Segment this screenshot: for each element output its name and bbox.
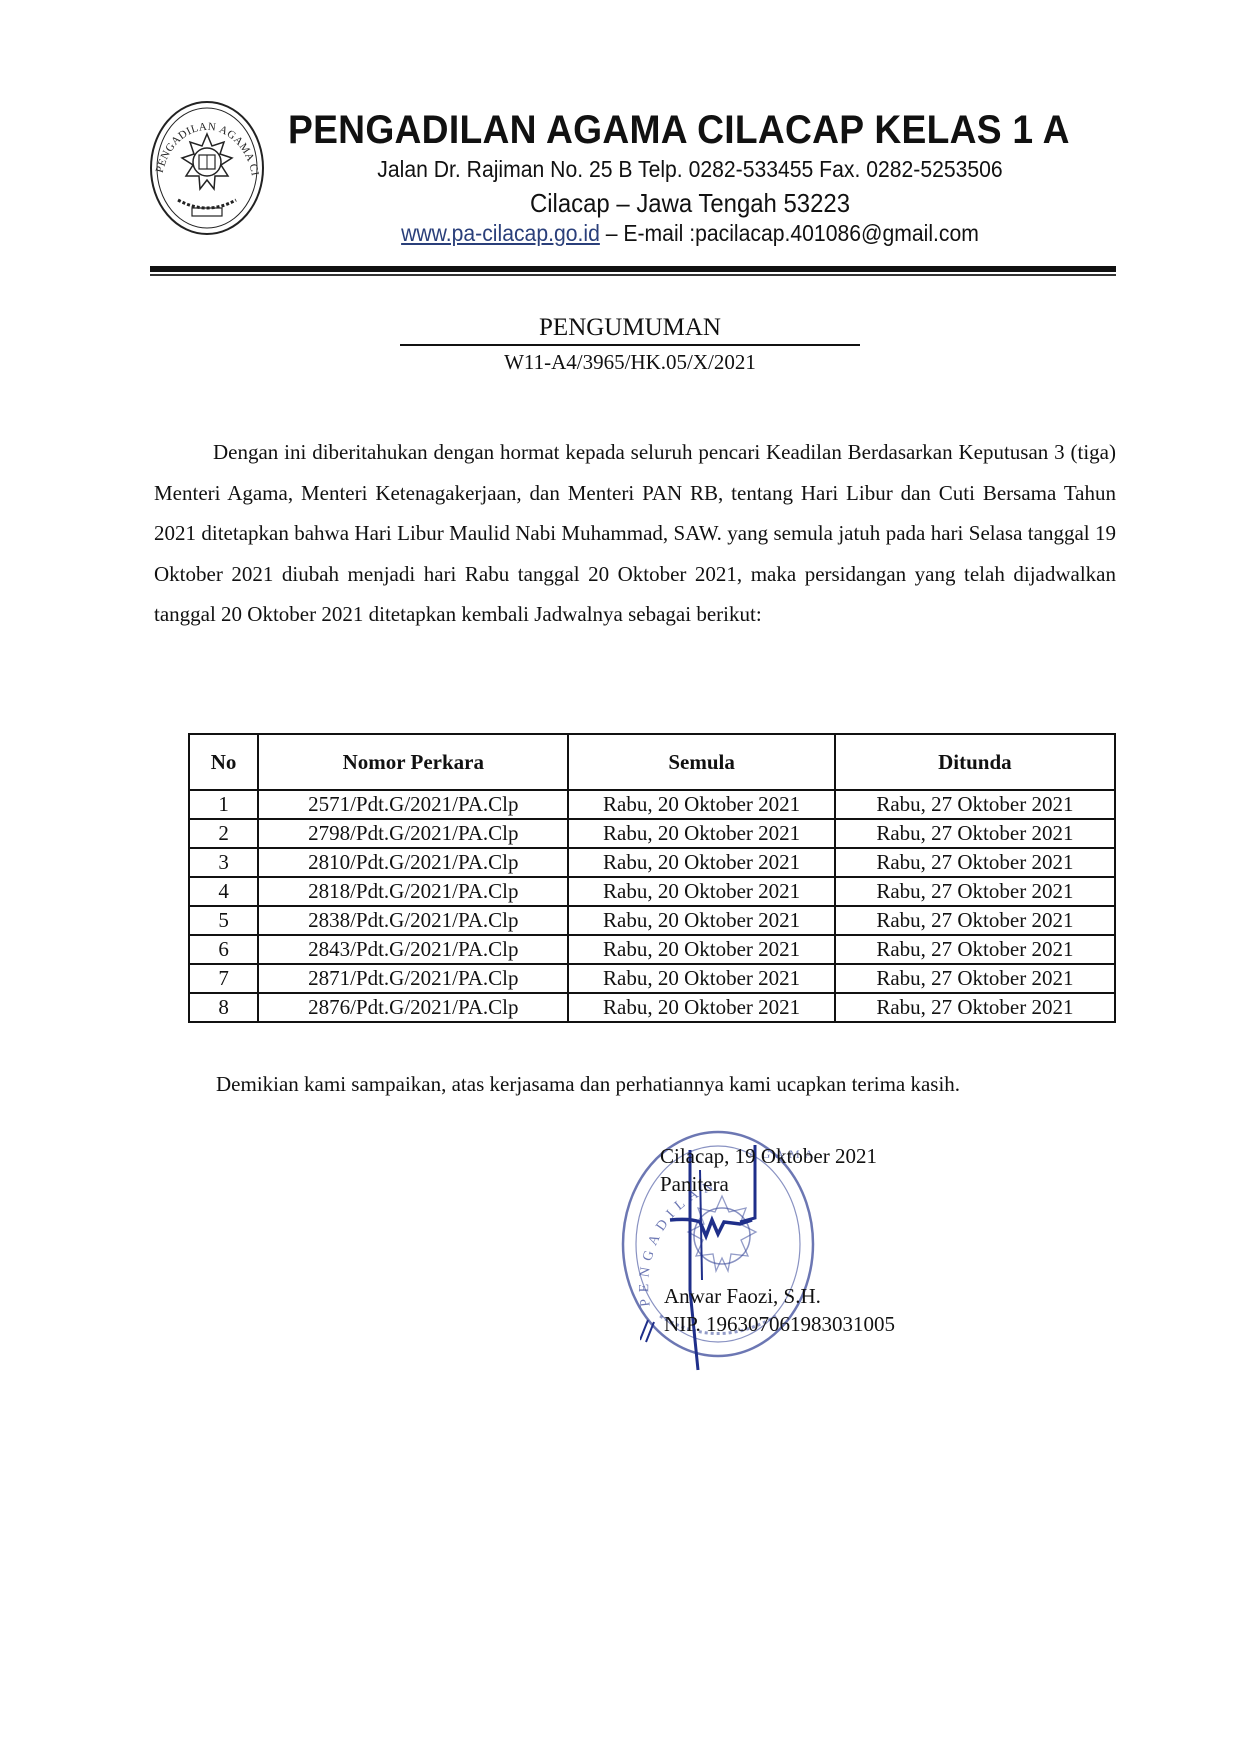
table-header-row: No Nomor Perkara Semula Ditunda: [189, 734, 1115, 790]
cell-case-number: 2876/Pdt.G/2021/PA.Clp: [258, 993, 568, 1022]
cell-original-date: Rabu, 20 Oktober 2021: [568, 790, 834, 819]
cell-no: 3: [189, 848, 258, 877]
cell-case-number: 2818/Pdt.G/2021/PA.Clp: [258, 877, 568, 906]
signatory-position: Panitera: [660, 1172, 729, 1197]
cell-case-number: 2838/Pdt.G/2021/PA.Clp: [258, 906, 568, 935]
city-line: Cilacap – Jawa Tengah 53223: [368, 188, 1012, 219]
cell-postponed-date: Rabu, 27 Oktober 2021: [835, 964, 1115, 993]
cell-no: 4: [189, 877, 258, 906]
signature-place-date: Cilacap, 19 Oktober 2021: [660, 1144, 877, 1169]
table-body: 12571/Pdt.G/2021/PA.ClpRabu, 20 Oktober …: [189, 790, 1115, 1022]
website-link[interactable]: www.pa-cilacap.go.id: [401, 220, 600, 246]
cell-no: 1: [189, 790, 258, 819]
announcement-body: Dengan ini diberitahukan dengan hormat k…: [154, 432, 1116, 635]
header-postponed-date: Ditunda: [835, 734, 1115, 790]
cell-no: 6: [189, 935, 258, 964]
table-row: 62843/Pdt.G/2021/PA.ClpRabu, 20 Oktober …: [189, 935, 1115, 964]
cell-original-date: Rabu, 20 Oktober 2021: [568, 877, 834, 906]
letterhead-divider-thin: [150, 274, 1116, 276]
contact-line: www.pa-cilacap.go.id – E-mail :pacilacap…: [368, 220, 1012, 247]
header-no: No: [189, 734, 258, 790]
cell-postponed-date: Rabu, 27 Oktober 2021: [835, 906, 1115, 935]
cell-original-date: Rabu, 20 Oktober 2021: [568, 964, 834, 993]
court-emblem-icon: PENGADILAN AGAMA CILACAP: [148, 96, 266, 236]
cell-case-number: 2798/Pdt.G/2021/PA.Clp: [258, 819, 568, 848]
cell-case-number: 2571/Pdt.G/2021/PA.Clp: [258, 790, 568, 819]
reference-number: W11-A4/3965/HK.05/X/2021: [400, 350, 860, 375]
cell-postponed-date: Rabu, 27 Oktober 2021: [835, 848, 1115, 877]
title-underline: [400, 344, 860, 346]
cell-postponed-date: Rabu, 27 Oktober 2021: [835, 993, 1115, 1022]
email-label: – E-mail :: [600, 220, 695, 246]
table-row: 82876/Pdt.G/2021/PA.ClpRabu, 20 Oktober …: [189, 993, 1115, 1022]
cell-original-date: Rabu, 20 Oktober 2021: [568, 906, 834, 935]
schedule-table: No Nomor Perkara Semula Ditunda 12571/Pd…: [188, 733, 1116, 1023]
cell-original-date: Rabu, 20 Oktober 2021: [568, 819, 834, 848]
cell-original-date: Rabu, 20 Oktober 2021: [568, 993, 834, 1022]
table-row: 52838/Pdt.G/2021/PA.ClpRabu, 20 Oktober …: [189, 906, 1115, 935]
letterhead-divider-thick: [150, 266, 1116, 272]
cell-postponed-date: Rabu, 27 Oktober 2021: [835, 819, 1115, 848]
cell-case-number: 2810/Pdt.G/2021/PA.Clp: [258, 848, 568, 877]
table-row: 22798/Pdt.G/2021/PA.ClpRabu, 20 Oktober …: [189, 819, 1115, 848]
organization-name: PENGADILAN AGAMA CILACAP KELAS 1 A: [288, 108, 1060, 153]
signatory-name: Anwar Faozi, S.H.: [664, 1284, 821, 1309]
table-row: 12571/Pdt.G/2021/PA.ClpRabu, 20 Oktober …: [189, 790, 1115, 819]
cell-original-date: Rabu, 20 Oktober 2021: [568, 848, 834, 877]
cell-no: 8: [189, 993, 258, 1022]
address-line: Jalan Dr. Rajiman No. 25 B Telp. 0282-53…: [368, 156, 1012, 183]
cell-postponed-date: Rabu, 27 Oktober 2021: [835, 790, 1115, 819]
signatory-nip: NIP. 196307061983031005: [664, 1312, 895, 1337]
cell-original-date: Rabu, 20 Oktober 2021: [568, 935, 834, 964]
table-row: 42818/Pdt.G/2021/PA.ClpRabu, 20 Oktober …: [189, 877, 1115, 906]
header-case-number: Nomor Perkara: [258, 734, 568, 790]
table-row: 32810/Pdt.G/2021/PA.ClpRabu, 20 Oktober …: [189, 848, 1115, 877]
cell-postponed-date: Rabu, 27 Oktober 2021: [835, 877, 1115, 906]
email-address: pacilacap.401086@gmail.com: [695, 220, 979, 246]
cell-postponed-date: Rabu, 27 Oktober 2021: [835, 935, 1115, 964]
header-original-date: Semula: [568, 734, 834, 790]
table-row: 72871/Pdt.G/2021/PA.ClpRabu, 20 Oktober …: [189, 964, 1115, 993]
cell-no: 5: [189, 906, 258, 935]
cell-case-number: 2871/Pdt.G/2021/PA.Clp: [258, 964, 568, 993]
announcement-title: PENGUMUMAN: [400, 314, 860, 342]
closing-statement: Demikian kami sampaikan, atas kerjasama …: [216, 1072, 1116, 1097]
cell-no: 7: [189, 964, 258, 993]
cell-case-number: 2843/Pdt.G/2021/PA.Clp: [258, 935, 568, 964]
cell-no: 2: [189, 819, 258, 848]
